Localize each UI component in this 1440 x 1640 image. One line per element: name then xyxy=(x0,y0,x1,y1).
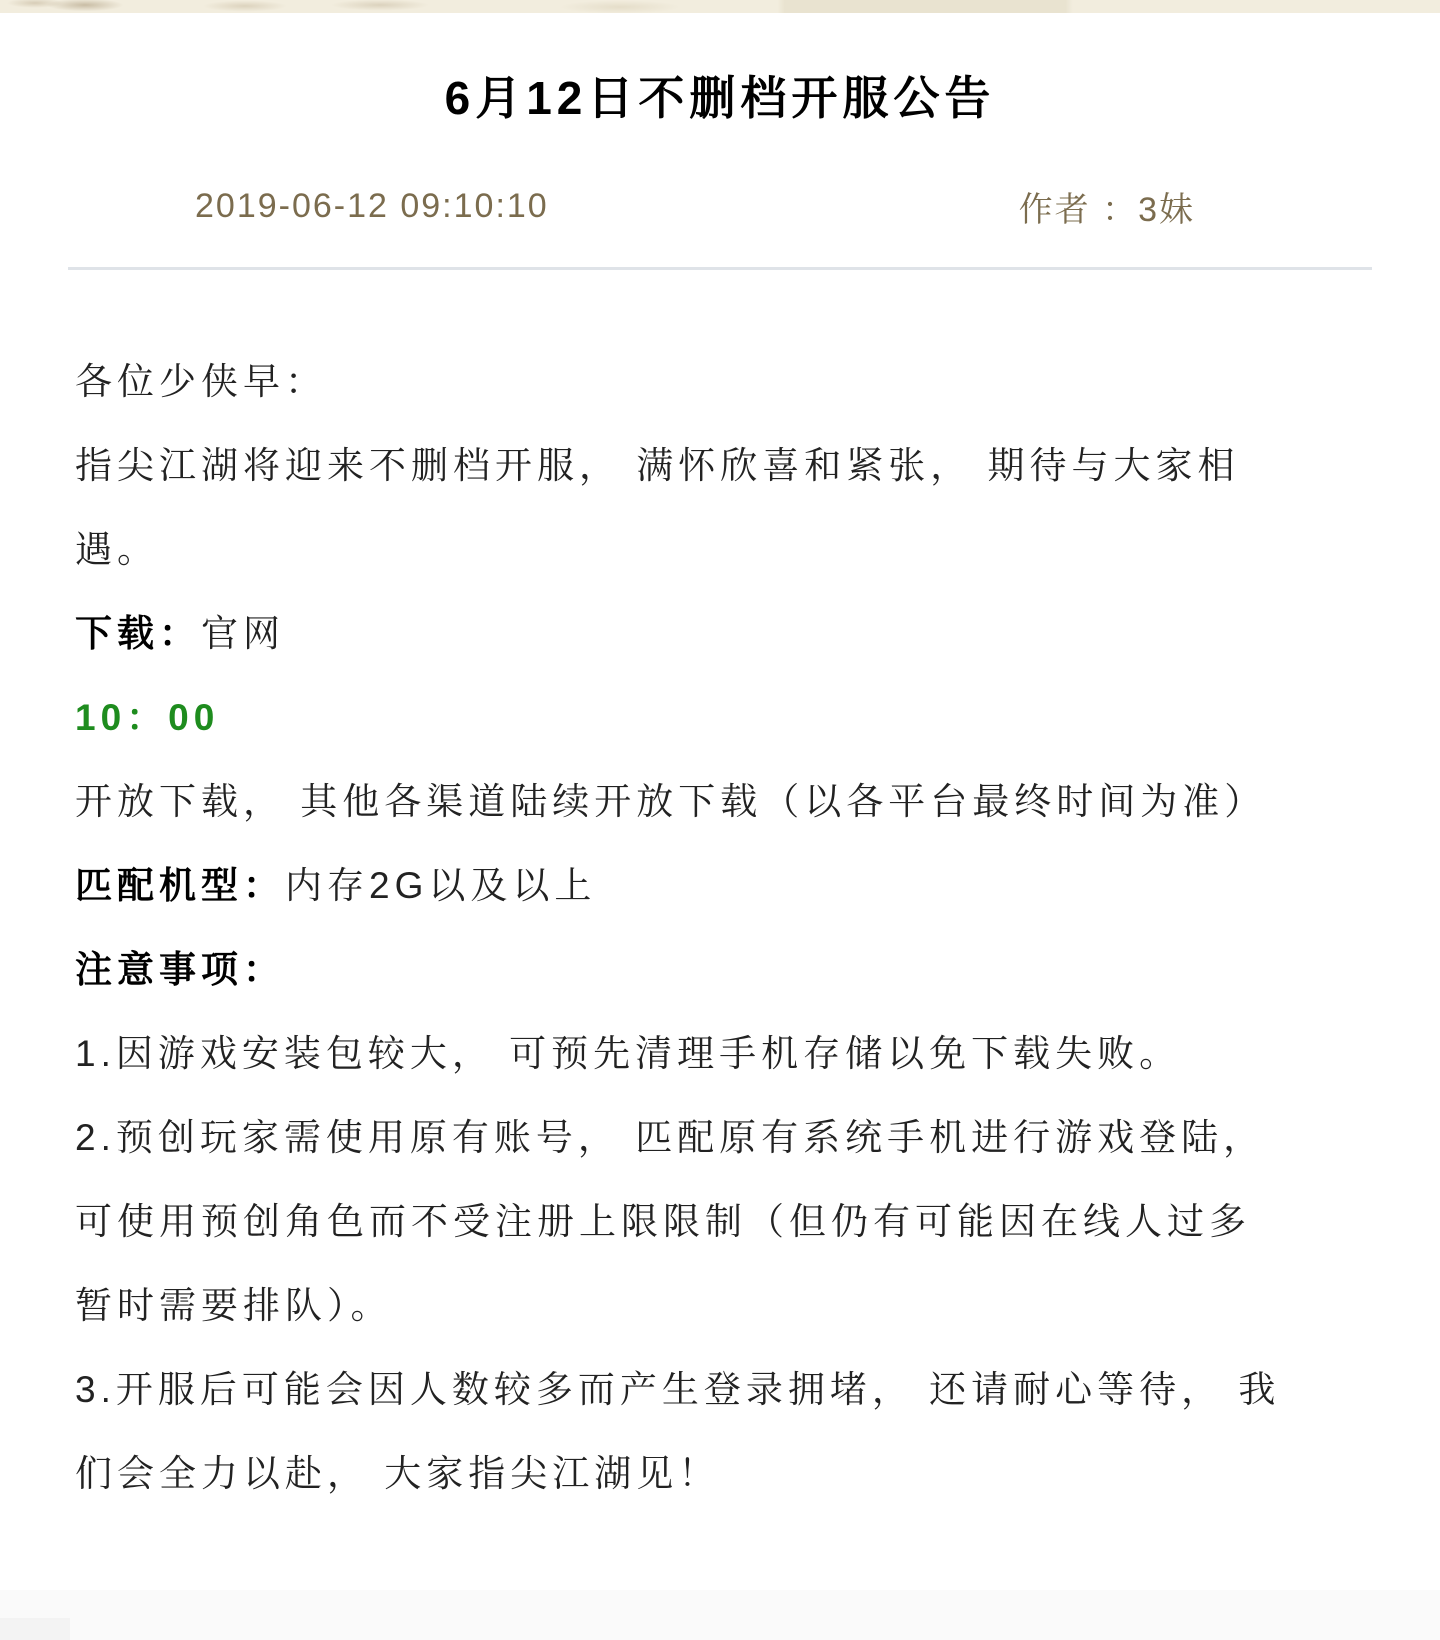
article-line: 各位少侠早： xyxy=(75,340,1380,424)
text-segment-normal: 指尖江湖将迎来不删档开服， 满怀欣喜和紧张， 期待与大家相 xyxy=(75,445,1240,486)
article-line: 1.因游戏安装包较大， 可预先清理手机存储以免下载失败。 xyxy=(75,1012,1380,1096)
article-line: 注意事项： xyxy=(75,928,1380,1012)
text-segment-bold: 注意事项： xyxy=(75,949,285,990)
article-body: 各位少侠早：指尖江湖将迎来不删档开服， 满怀欣喜和紧张， 期待与大家相遇。下载：… xyxy=(0,270,1440,1516)
text-segment-normal: 2.预创玩家需使用原有账号， 匹配原有系统手机进行游戏登陆， xyxy=(75,1117,1265,1158)
article-line: 2.预创玩家需使用原有账号， 匹配原有系统手机进行游戏登陆， xyxy=(75,1096,1380,1180)
article-line: 开放下载， 其他各渠道陆续开放下载（以各平台最终时间为准） xyxy=(75,760,1380,844)
footer-band xyxy=(0,1590,1440,1640)
author-label: 作者 ：3妹 xyxy=(1019,182,1195,231)
text-segment-normal: 1.因游戏安装包较大， 可预先清理手机存储以免下载失败。 xyxy=(75,1033,1181,1074)
text-segment-normal: 们会全力以赴， 大家指尖江湖见！ xyxy=(75,1453,720,1494)
footer-corner xyxy=(0,1618,70,1640)
text-segment-green: 10：00 xyxy=(75,697,219,738)
article-line: 10：00 xyxy=(75,676,1380,760)
text-segment-normal: 各位少侠早： xyxy=(75,361,327,402)
text-segment-normal: 内存2G以及以上 xyxy=(285,865,596,906)
text-segment-normal: 遇。 xyxy=(75,529,159,570)
article-line: 遇。 xyxy=(75,508,1380,592)
article-line: 3.开服后可能会因人数较多而产生登录拥堵， 还请耐心等待， 我 xyxy=(75,1348,1380,1432)
text-segment-normal: 暂时需要排队）。 xyxy=(75,1285,393,1326)
article-line: 下载：官网 xyxy=(75,592,1380,676)
publish-date: 2019-06-12 09:10:10 xyxy=(195,187,549,226)
article-line: 匹配机型：内存2G以及以上 xyxy=(75,844,1380,928)
article-line: 可使用预创角色而不受注册上限限制（但仍有可能因在线人过多 xyxy=(75,1180,1380,1264)
text-segment-bold: 匹配机型： xyxy=(75,865,285,906)
text-segment-normal: 可使用预创角色而不受注册上限限制（但仍有可能因在线人过多 xyxy=(75,1201,1251,1242)
text-segment-bold: 下载： xyxy=(75,613,201,654)
announcement-page: 6月12日不删档开服公告 2019-06-12 09:10:10 作者 ：3妹 … xyxy=(0,0,1440,1640)
text-segment-normal: 3.开服后可能会因人数较多而产生登录拥堵， 还请耐心等待， 我 xyxy=(75,1369,1280,1410)
page-title: 6月12日不删档开服公告 xyxy=(0,13,1440,124)
article-line: 指尖江湖将迎来不删档开服， 满怀欣喜和紧张， 期待与大家相 xyxy=(75,424,1380,508)
banner-artwork-strip xyxy=(0,0,1440,13)
article-line: 们会全力以赴， 大家指尖江湖见！ xyxy=(75,1432,1380,1516)
text-segment-normal: 开放下载， 其他各渠道陆续开放下载（以各平台最终时间为准） xyxy=(75,781,1266,822)
meta-row: 2019-06-12 09:10:10 作者 ：3妹 xyxy=(0,182,1440,231)
text-segment-normal: 官网 xyxy=(201,613,285,654)
article-line: 暂时需要排队）。 xyxy=(75,1264,1380,1348)
